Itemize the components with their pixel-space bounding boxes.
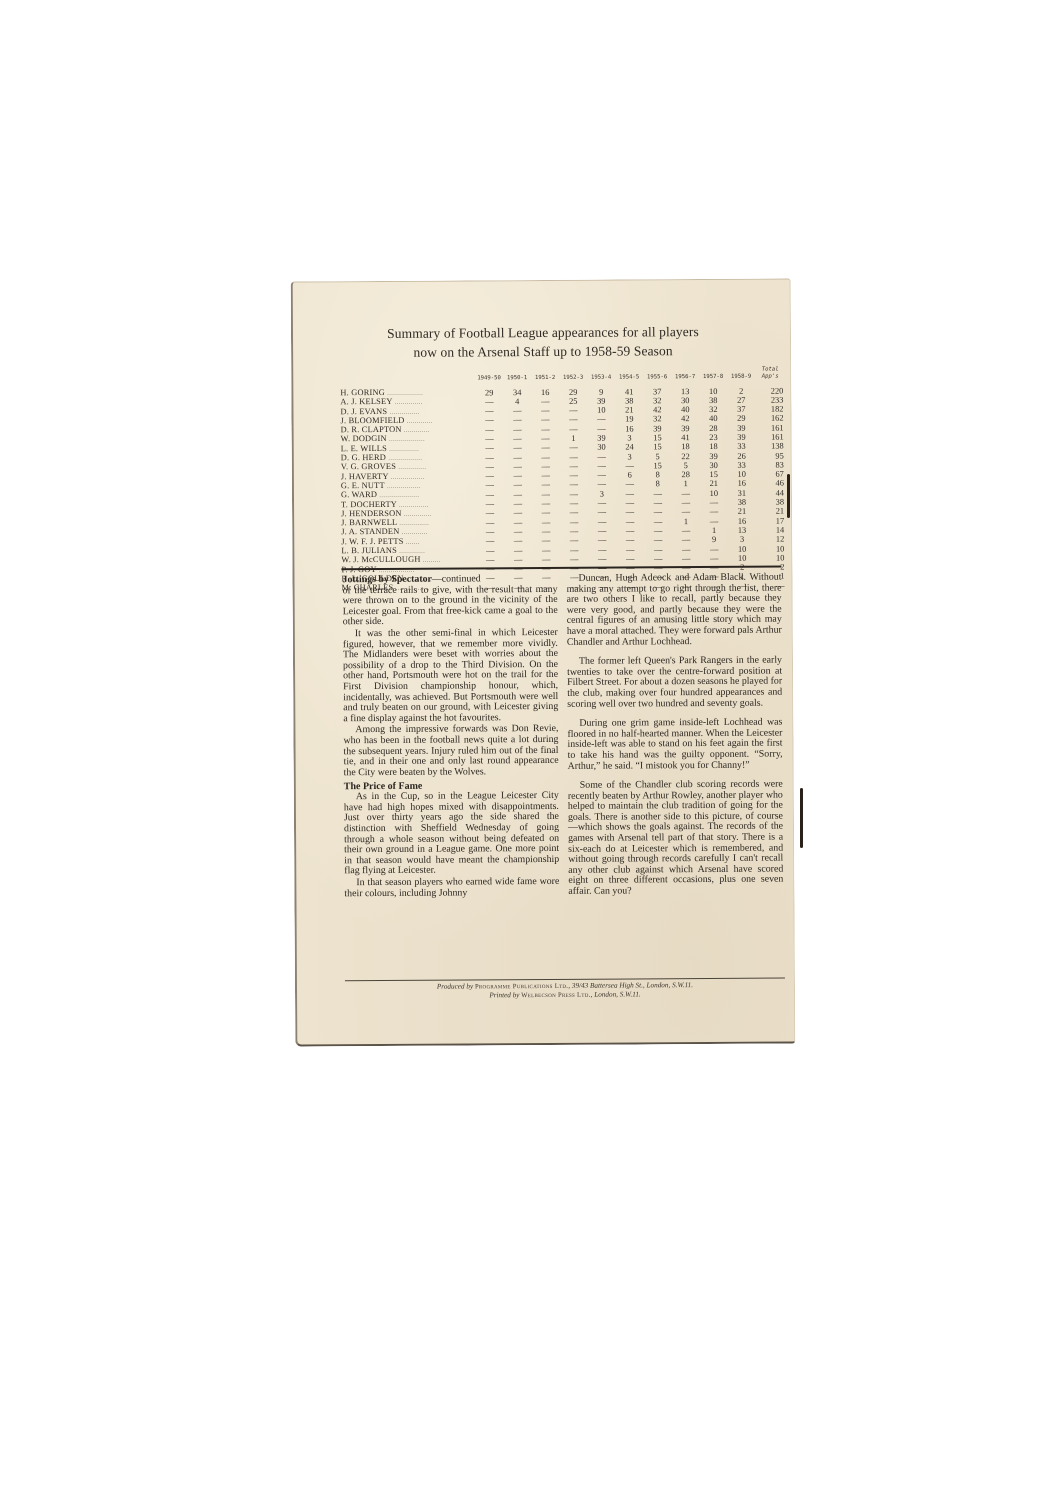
season-appearances-cell: — (616, 480, 644, 489)
season-appearances-cell: 3 (728, 535, 756, 544)
season-appearances-cell: 32 (643, 415, 671, 424)
season-appearances-cell: 2 (727, 387, 755, 396)
season-appearances-cell: — (504, 509, 532, 518)
season-appearances-cell: — (588, 508, 616, 517)
table-header-row: 1949-501950-11951-21952-31953-41954-5195… (340, 367, 785, 390)
season-appearances-cell: — (503, 416, 531, 425)
season-appearances-cell: — (587, 415, 615, 424)
season-appearances-cell: — (560, 509, 588, 518)
season-appearances-cell: — (560, 481, 588, 490)
total-appearances-cell: 162 (755, 414, 785, 423)
article-paragraph: During one grim game inside-left Lochhea… (567, 718, 782, 772)
season-appearances-cell: 34 (503, 388, 531, 397)
season-appearances-cell: — (504, 444, 532, 453)
season-appearances-cell: 9 (587, 388, 615, 397)
season-appearances-cell: 18 (700, 443, 728, 452)
header-name-column (340, 368, 475, 389)
season-appearances-cell: — (616, 536, 644, 545)
season-appearances-cell: 21 (700, 480, 728, 489)
season-appearances-cell: 41 (615, 387, 643, 396)
title-line-1: Summary of Football League appearances f… (323, 322, 763, 344)
article-paragraph: of the terrace rails to give, with the r… (343, 585, 558, 629)
article-paragraph: Duncan, Hugh Adcock and Adam Black. With… (566, 573, 781, 648)
article-column-left: Jottings by Spectator—continued of the t… (342, 574, 559, 900)
season-appearances-cell: — (559, 416, 587, 425)
season-appearances-cell: — (588, 536, 616, 545)
season-appearances-cell: 16 (728, 480, 756, 489)
article-paragraph: It was the other semi-final in which Lei… (343, 628, 559, 725)
article-paragraph: The former left Queen's Park Rangers in … (567, 656, 782, 710)
season-appearances-cell: — (532, 537, 560, 546)
total-appearances-cell: 21 (756, 507, 786, 516)
season-appearances-cell: — (504, 481, 532, 490)
season-appearances-cell: — (560, 536, 588, 545)
season-appearances-cell: — (532, 481, 560, 490)
season-appearances-cell: 19 (615, 415, 643, 424)
season-appearances-cell: — (531, 416, 559, 425)
column-header: 1957-8 (699, 367, 727, 387)
column-header: 1956-7 (671, 367, 699, 387)
season-appearances-cell: 15 (644, 443, 672, 452)
season-appearances-cell: 18 (672, 443, 700, 452)
season-appearances-cell: — (644, 508, 672, 517)
season-appearances-cell: 9 (700, 536, 728, 545)
staple-mark (800, 788, 803, 848)
column-header: 1954-5 (615, 367, 643, 387)
season-appearances-cell: — (616, 508, 644, 517)
column-header: 1958-9 (727, 367, 755, 387)
column-header: 1951-2 (531, 368, 559, 388)
programme-page: Summary of Football League appearances f… (291, 278, 796, 1046)
season-appearances-cell: — (560, 444, 588, 453)
season-appearances-cell: — (672, 536, 700, 545)
season-appearances-cell: 21 (728, 508, 756, 517)
article-column-right: Duncan, Hugh Adcock and Adam Black. With… (566, 573, 783, 898)
season-appearances-cell: 42 (671, 415, 699, 424)
imprint-printed-by: Printed by (489, 992, 519, 1000)
season-appearances-cell: — (532, 509, 560, 518)
season-appearances-cell: 10 (699, 387, 727, 396)
column-header: 1949-50 (475, 368, 503, 388)
title-line-2: now on the Arsenal Staff up to 1958-59 S… (323, 341, 763, 363)
season-appearances-cell: — (700, 508, 728, 517)
total-appearances-cell: 12 (756, 535, 786, 544)
total-appearances-cell: 46 (756, 479, 786, 488)
season-appearances-cell: 16 (531, 388, 559, 397)
article-heading-suffix: —continued (432, 573, 481, 584)
season-appearances-cell: 37 (643, 387, 671, 396)
column-header: 1952-3 (559, 368, 587, 388)
imprint-footer: Produced by Programme Publications Ltd.,… (345, 981, 785, 1002)
season-appearances-cell: 29 (559, 388, 587, 397)
article-heading: Jottings by Spectator (342, 574, 431, 586)
imprint-produced-by: Produced by (437, 982, 473, 990)
season-appearances-cell: 1 (672, 480, 700, 489)
season-appearances-cell: — (476, 481, 504, 490)
imprint-publisher-address: , 39/43 Battersea High St., London, S.W.… (568, 981, 693, 990)
imprint-printer: Welbecson Press Ltd. (521, 992, 590, 999)
season-appearances-cell: 29 (475, 388, 503, 397)
season-appearances-cell: 13 (671, 387, 699, 396)
season-appearances-cell: — (476, 509, 504, 518)
article-paragraph: Among the impressive forwards was Don Re… (343, 724, 558, 778)
appearances-table: 1949-501950-11951-21952-31953-41954-5195… (340, 367, 786, 594)
season-appearances-cell: — (476, 444, 504, 453)
season-appearances-cell: 33 (728, 442, 756, 451)
season-appearances-cell: — (475, 416, 503, 425)
left-paragraphs: of the terrace rails to give, with the r… (343, 585, 559, 779)
column-header: 1953-4 (587, 368, 615, 388)
column-header: 1950-1 (503, 368, 531, 388)
season-appearances-cell: 24 (616, 443, 644, 452)
right-paragraphs: Duncan, Hugh Adcock and Adam Black. With… (566, 573, 783, 898)
season-appearances-cell: — (476, 537, 504, 546)
table-title: Summary of Football League appearances f… (323, 322, 763, 363)
season-appearances-cell: 8 (644, 480, 672, 489)
season-appearances-cell: — (644, 536, 672, 545)
left-paragraphs-2: As in the Cup, so in the League Leiceste… (344, 791, 560, 899)
season-appearances-cell: — (588, 481, 616, 490)
season-appearances-cell: 29 (727, 415, 755, 424)
article-paragraph: As in the Cup, so in the League Leiceste… (344, 791, 560, 877)
table-body: H. GORING ..................293416299413… (340, 387, 786, 594)
season-appearances-cell: 40 (699, 415, 727, 424)
staple-mark (787, 474, 790, 518)
season-appearances-cell: — (672, 508, 700, 517)
imprint-line-2: Printed by Welbecson Press Ltd., London,… (345, 990, 785, 1002)
article-paragraph: Some of the Chandler club scoring record… (568, 780, 784, 898)
column-header: 1955-6 (643, 367, 671, 387)
total-appearances-cell: 138 (756, 442, 786, 451)
imprint-publisher: Programme Publications Ltd. (475, 983, 568, 991)
season-appearances-cell: 30 (588, 443, 616, 452)
season-appearances-cell: — (504, 537, 532, 546)
appearances-table-container: 1949-501950-11951-21952-31953-41954-5195… (340, 367, 786, 594)
season-appearances-cell: — (532, 444, 560, 453)
imprint-printer-address: , London, S.W.11. (591, 991, 641, 999)
column-header: TotalApp's (755, 367, 785, 387)
article-paragraph: In that season players who earned wide f… (344, 877, 559, 900)
